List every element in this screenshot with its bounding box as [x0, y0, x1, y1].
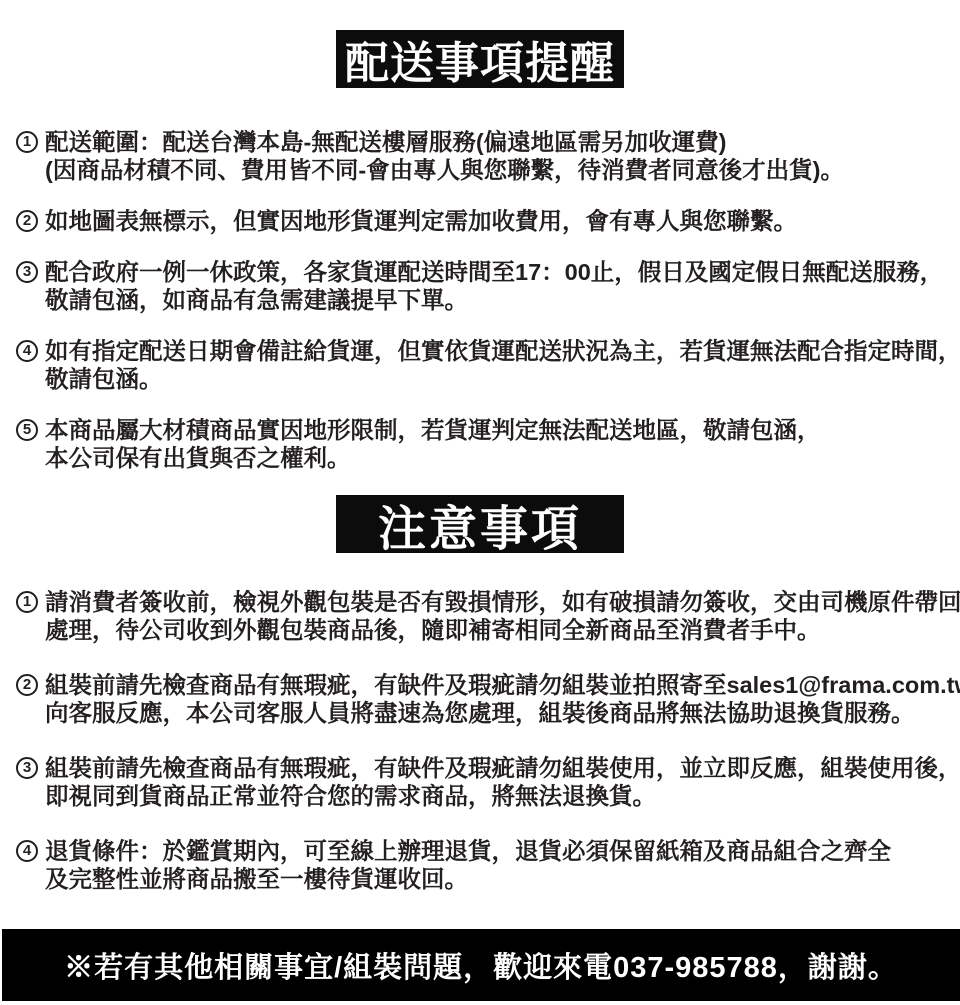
delivery-item-5: 5 本商品屬大材積商品實因地形限制，若貨運判定無法配送地區，敬請包涵， 本公司保…: [16, 416, 960, 472]
delivery-item-3-text: 配合政府一例一休政策，各家貨運配送時間至17：00止，假日及國定假日無配送服務，…: [45, 258, 943, 314]
circled-number-1: 1: [16, 591, 38, 613]
delivery-item-4: 4 如有指定配送日期會備註給貨運，但實依貨運配送狀況為主，若貨運無法配合指定時間…: [16, 337, 960, 393]
precaution-item-2-text: 組裝前請先檢查商品有無瑕疵，有缺件及瑕疵請勿組裝並拍照寄至sales1@fram…: [45, 671, 960, 727]
contact-footer-bar: ※若有其他相關事宜/組裝問題，歡迎來電037-985788，謝謝。: [2, 929, 960, 1001]
circled-number-2: 2: [16, 210, 38, 232]
notice-line: 請消費者簽收前，檢視外觀包裝是否有毀損情形，如有破損請勿簽收，交由司機原件帶回: [45, 588, 960, 616]
delivery-notice-list: 1 配送範圍：配送台灣本島-無配送樓層服務(偏遠地區需另加收運費) (因商品材積…: [0, 128, 960, 472]
delivery-item-2-text: 如地圖表無標示，但實因地形貨運判定需加收費用，會有專人與您聯繫。: [45, 207, 797, 235]
precaution-item-2: 2 組裝前請先檢查商品有無瑕疵，有缺件及瑕疵請勿組裝並拍照寄至sales1@fr…: [16, 671, 960, 727]
notice-line: 向客服反應，本公司客服人員將盡速為您處理，組裝後商品將無法協助退換貨服務。: [45, 699, 960, 727]
notice-line: 組裝前請先檢查商品有無瑕疵，有缺件及瑕疵請勿組裝使用，並立即反應，組裝使用後，: [45, 754, 960, 782]
delivery-item-2: 2 如地圖表無標示，但實因地形貨運判定需加收費用，會有專人與您聯繫。: [16, 207, 960, 235]
circled-number-3: 3: [16, 757, 38, 779]
notice-line: 如有指定配送日期會備註給貨運，但實依貨運配送狀況為主，若貨運無法配合指定時間，: [45, 337, 960, 365]
delivery-item-3: 3 配合政府一例一休政策，各家貨運配送時間至17：00止，假日及國定假日無配送服…: [16, 258, 960, 314]
precaution-item-3-text: 組裝前請先檢查商品有無瑕疵，有缺件及瑕疵請勿組裝使用，並立即反應，組裝使用後， …: [45, 754, 960, 810]
notice-line: 敬請包涵。: [45, 365, 960, 393]
precautions-section-banner: 注意事項: [336, 495, 624, 553]
notice-line: 敬請包涵，如商品有急需建議提早下單。: [45, 286, 943, 314]
precaution-item-4: 4 退貨條件：於鑑賞期內，可至線上辦理退貨，退貨必須保留紙箱及商品組合之齊全 及…: [16, 837, 960, 893]
notice-line: 本公司保有出貨與否之權利。: [45, 444, 821, 472]
delivery-section-banner: 配送事項提醒: [336, 30, 624, 88]
notice-line: 配合政府一例一休政策，各家貨運配送時間至17：00止，假日及國定假日無配送服務，: [45, 258, 943, 286]
delivery-item-4-text: 如有指定配送日期會備註給貨運，但實依貨運配送狀況為主，若貨運無法配合指定時間， …: [45, 337, 960, 393]
circled-number-2: 2: [16, 674, 38, 696]
circled-number-4: 4: [16, 340, 38, 362]
notice-line: 組裝前請先檢查商品有無瑕疵，有缺件及瑕疵請勿組裝並拍照寄至sales1@fram…: [45, 671, 960, 699]
notice-line: 即視同到貨商品正常並符合您的需求商品，將無法退換貨。: [45, 782, 960, 810]
notice-line: 處理，待公司收到外觀包裝商品後，隨即補寄相同全新商品至消費者手中。: [45, 616, 960, 644]
precaution-item-1: 1 請消費者簽收前，檢視外觀包裝是否有毀損情形，如有破損請勿簽收，交由司機原件帶…: [16, 588, 960, 644]
circled-number-4: 4: [16, 840, 38, 862]
circled-number-3: 3: [16, 261, 38, 283]
notice-line: 本商品屬大材積商品實因地形限制，若貨運判定無法配送地區，敬請包涵，: [45, 416, 821, 444]
delivery-section-title: 配送事項提醒: [345, 27, 615, 91]
notice-line: 及完整性並將商品搬至一樓待貨運收回。: [45, 865, 891, 893]
notice-line: (因商品材積不同、費用皆不同-會由專人與您聯繫，待消費者同意後才出貨)。: [45, 156, 844, 184]
precautions-section-title: 注意事項: [378, 490, 582, 559]
precaution-item-1-text: 請消費者簽收前，檢視外觀包裝是否有毀損情形，如有破損請勿簽收，交由司機原件帶回 …: [45, 588, 960, 644]
delivery-item-1: 1 配送範圍：配送台灣本島-無配送樓層服務(偏遠地區需另加收運費) (因商品材積…: [16, 128, 960, 184]
contact-footer-text: ※若有其他相關事宜/組裝問題，歡迎來電037-985788，謝謝。: [64, 945, 898, 986]
delivery-item-1-text: 配送範圍：配送台灣本島-無配送樓層服務(偏遠地區需另加收運費) (因商品材積不同…: [45, 128, 844, 184]
delivery-item-5-text: 本商品屬大材積商品實因地形限制，若貨運判定無法配送地區，敬請包涵， 本公司保有出…: [45, 416, 821, 472]
notice-line: 配送範圍：配送台灣本島-無配送樓層服務(偏遠地區需另加收運費): [45, 128, 844, 156]
notice-line: 如地圖表無標示，但實因地形貨運判定需加收費用，會有專人與您聯繫。: [45, 207, 797, 235]
precaution-item-4-text: 退貨條件：於鑑賞期內，可至線上辦理退貨，退貨必須保留紙箱及商品組合之齊全 及完整…: [45, 837, 891, 893]
delivery-notice-page: 配送事項提醒 1 配送範圍：配送台灣本島-無配送樓層服務(偏遠地區需另加收運費)…: [0, 0, 960, 1005]
circled-number-5: 5: [16, 419, 38, 441]
precaution-item-3: 3 組裝前請先檢查商品有無瑕疵，有缺件及瑕疵請勿組裝使用，並立即反應，組裝使用後…: [16, 754, 960, 810]
notice-line: 退貨條件：於鑑賞期內，可至線上辦理退貨，退貨必須保留紙箱及商品組合之齊全: [45, 837, 891, 865]
circled-number-1: 1: [16, 131, 38, 153]
precautions-notice-list: 1 請消費者簽收前，檢視外觀包裝是否有毀損情形，如有破損請勿簽收，交由司機原件帶…: [0, 588, 960, 893]
